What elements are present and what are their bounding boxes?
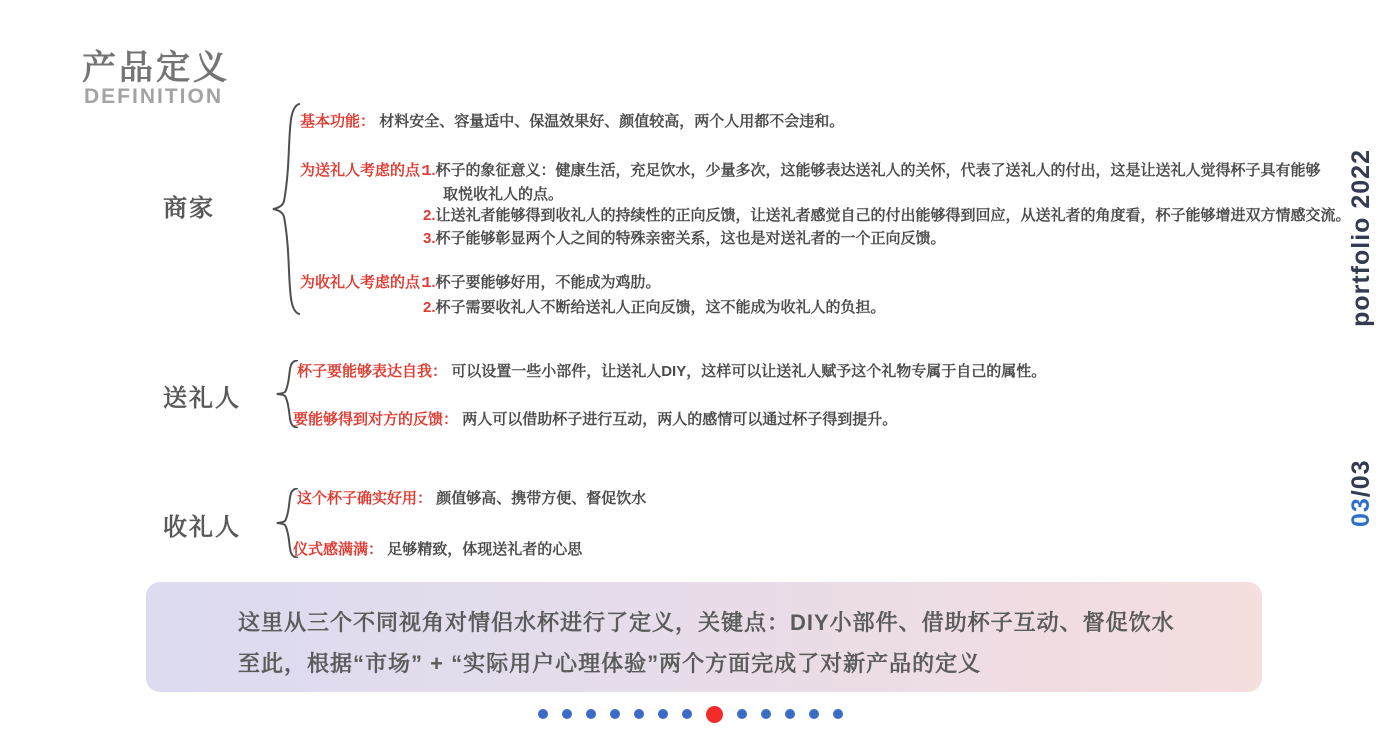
giver-row-feedback: 要能够得到对方的反馈： 两人可以借助杯子进行互动，两人的感情可以通过杯子得到提升… xyxy=(293,411,897,428)
row-text: 足够精致，体现送礼者的心思 xyxy=(387,541,582,558)
pagination-dot[interactable] xyxy=(586,709,596,719)
row-label: 为收礼人考虑的点： xyxy=(300,274,435,291)
item-number: 2. xyxy=(423,299,436,316)
row-label: 为送礼人考虑的点： xyxy=(300,162,435,179)
row-label: 基本功能： xyxy=(300,113,375,130)
row-label: 要能够得到对方的反馈： xyxy=(293,411,458,428)
summary-text: 这里从三个不同视角对情侣水杯进行了定义，关键点：DIY小部件、借助杯子互动、督促… xyxy=(238,602,1175,684)
item-number: 2. xyxy=(423,207,436,224)
pagination-dot[interactable] xyxy=(634,709,644,719)
item-number: 3. xyxy=(423,230,436,247)
pagination-dot[interactable] xyxy=(658,709,668,719)
pagination-dot[interactable] xyxy=(562,709,572,719)
page-number: 03/03 xyxy=(1347,459,1376,527)
row-text: 可以设置一些小部件，让送礼人DIY，这样可以让送礼人赋予这个礼物专属于自己的属性… xyxy=(451,363,1046,380)
pagination-dot[interactable] xyxy=(785,709,795,719)
item-text: 让送礼者能够得到收礼人的持续性的正向反馈，让送礼者感觉自己的付出能够得到回应，从… xyxy=(436,207,1351,224)
row-label: 这个杯子确实好用： xyxy=(297,490,432,507)
giver-point-1: 1.杯子的象征意义：健康生活，充足饮水，少量多次，这能够表达送礼人的关怀，代表了… xyxy=(423,162,1321,179)
pagination-dot[interactable] xyxy=(610,709,620,719)
row-receiver-points-label: 为收礼人考虑的点： xyxy=(300,274,435,291)
pagination-dot[interactable] xyxy=(833,709,843,719)
receiver-point-1: 1.杯子要能够好用，不能成为鸡肋。 xyxy=(423,274,661,291)
pagination-dot-active[interactable] xyxy=(706,706,723,723)
page-number-total: /03 xyxy=(1347,459,1375,497)
giver-point-2: 2.让送礼者能够得到收礼人的持续性的正向反馈，让送礼者感觉自己的付出能够得到回应… xyxy=(423,207,1351,224)
receiver-row-useful: 这个杯子确实好用： 颜值够高、携带方便、督促饮水 xyxy=(297,490,646,507)
pagination-dot[interactable] xyxy=(737,709,747,719)
item-number: 1. xyxy=(423,274,436,291)
receiver-point-2: 2.杯子需要收礼人不断给送礼人正向反馈，这不能成为收礼人的负担。 xyxy=(423,299,886,316)
item-text: 杯子能够彰显两个人之间的特殊亲密关系，这也是对送礼者的一个正向反馈。 xyxy=(436,230,946,247)
row-basic-function: 基本功能： 材料安全、容量适中、保温效果好、颜值较高，两个人用都不会违和。 xyxy=(300,113,844,130)
receiver-row-ritual: 仪式感满满： 足够精致，体现送礼者的心思 xyxy=(293,541,582,558)
pagination-dot[interactable] xyxy=(761,709,771,719)
group-label-gift-receiver: 收礼人 xyxy=(163,507,241,542)
group-label-gift-giver: 送礼人 xyxy=(163,378,241,413)
giver-point-3: 3.杯子能够彰显两个人之间的特殊亲密关系，这也是对送礼者的一个正向反馈。 xyxy=(423,230,946,247)
slide: 产品定义 DEFINITION 商家 送礼人 收礼人 基本功能： 材料安全、容量… xyxy=(0,0,1400,751)
item-number: 1. xyxy=(423,162,436,179)
row-text: 颜值够高、携带方便、督促饮水 xyxy=(436,490,646,507)
item-text: 杯子的象征意义：健康生活，充足饮水，少量多次，这能够表达送礼人的关怀，代表了送礼… xyxy=(436,162,1321,179)
group-label-merchant: 商家 xyxy=(163,188,215,223)
summary-box: 这里从三个不同视角对情侣水杯进行了定义，关键点：DIY小部件、借助杯子互动、督促… xyxy=(146,582,1262,692)
pagination-dot[interactable] xyxy=(682,709,692,719)
portfolio-label: portfolio 2022 xyxy=(1347,149,1376,327)
row-text: 两人可以借助杯子进行互动，两人的感情可以通过杯子得到提升。 xyxy=(462,411,897,428)
page-title: 产品定义 xyxy=(82,40,230,89)
giver-row-express-self: 杯子要能够表达自我： 可以设置一些小部件，让送礼人DIY，这样可以让送礼人赋予这… xyxy=(297,363,1046,380)
row-label: 杯子要能够表达自我： xyxy=(297,363,447,380)
summary-line-1: 这里从三个不同视角对情侣水杯进行了定义，关键点：DIY小部件、借助杯子互动、督促… xyxy=(238,602,1175,643)
pagination-dot[interactable] xyxy=(538,709,548,719)
side-caption: 03/03 portfolio 2022 xyxy=(1344,149,1378,527)
giver-point-1-cont: 取悦收礼人的点。 xyxy=(443,186,563,203)
pagination xyxy=(538,704,843,724)
item-text: 杯子需要收礼人不断给送礼人正向反馈，这不能成为收礼人的负担。 xyxy=(436,299,886,316)
summary-line-2: 至此，根据“市场” + “实际用户心理体验”两个方面完成了对新产品的定义 xyxy=(238,643,1175,684)
curly-brace-icon xyxy=(272,103,300,315)
row-giver-points-label: 为送礼人考虑的点： xyxy=(300,162,435,179)
page-number-current: 03 xyxy=(1347,497,1375,527)
item-text: 杯子要能够好用，不能成为鸡肋。 xyxy=(436,274,661,291)
page-subtitle: DEFINITION xyxy=(84,85,223,109)
row-label: 仪式感满满： xyxy=(293,541,383,558)
row-text: 材料安全、容量适中、保温效果好、颜值较高，两个人用都不会违和。 xyxy=(379,113,844,130)
pagination-dot[interactable] xyxy=(809,709,819,719)
item-text: 取悦收礼人的点。 xyxy=(443,186,563,203)
